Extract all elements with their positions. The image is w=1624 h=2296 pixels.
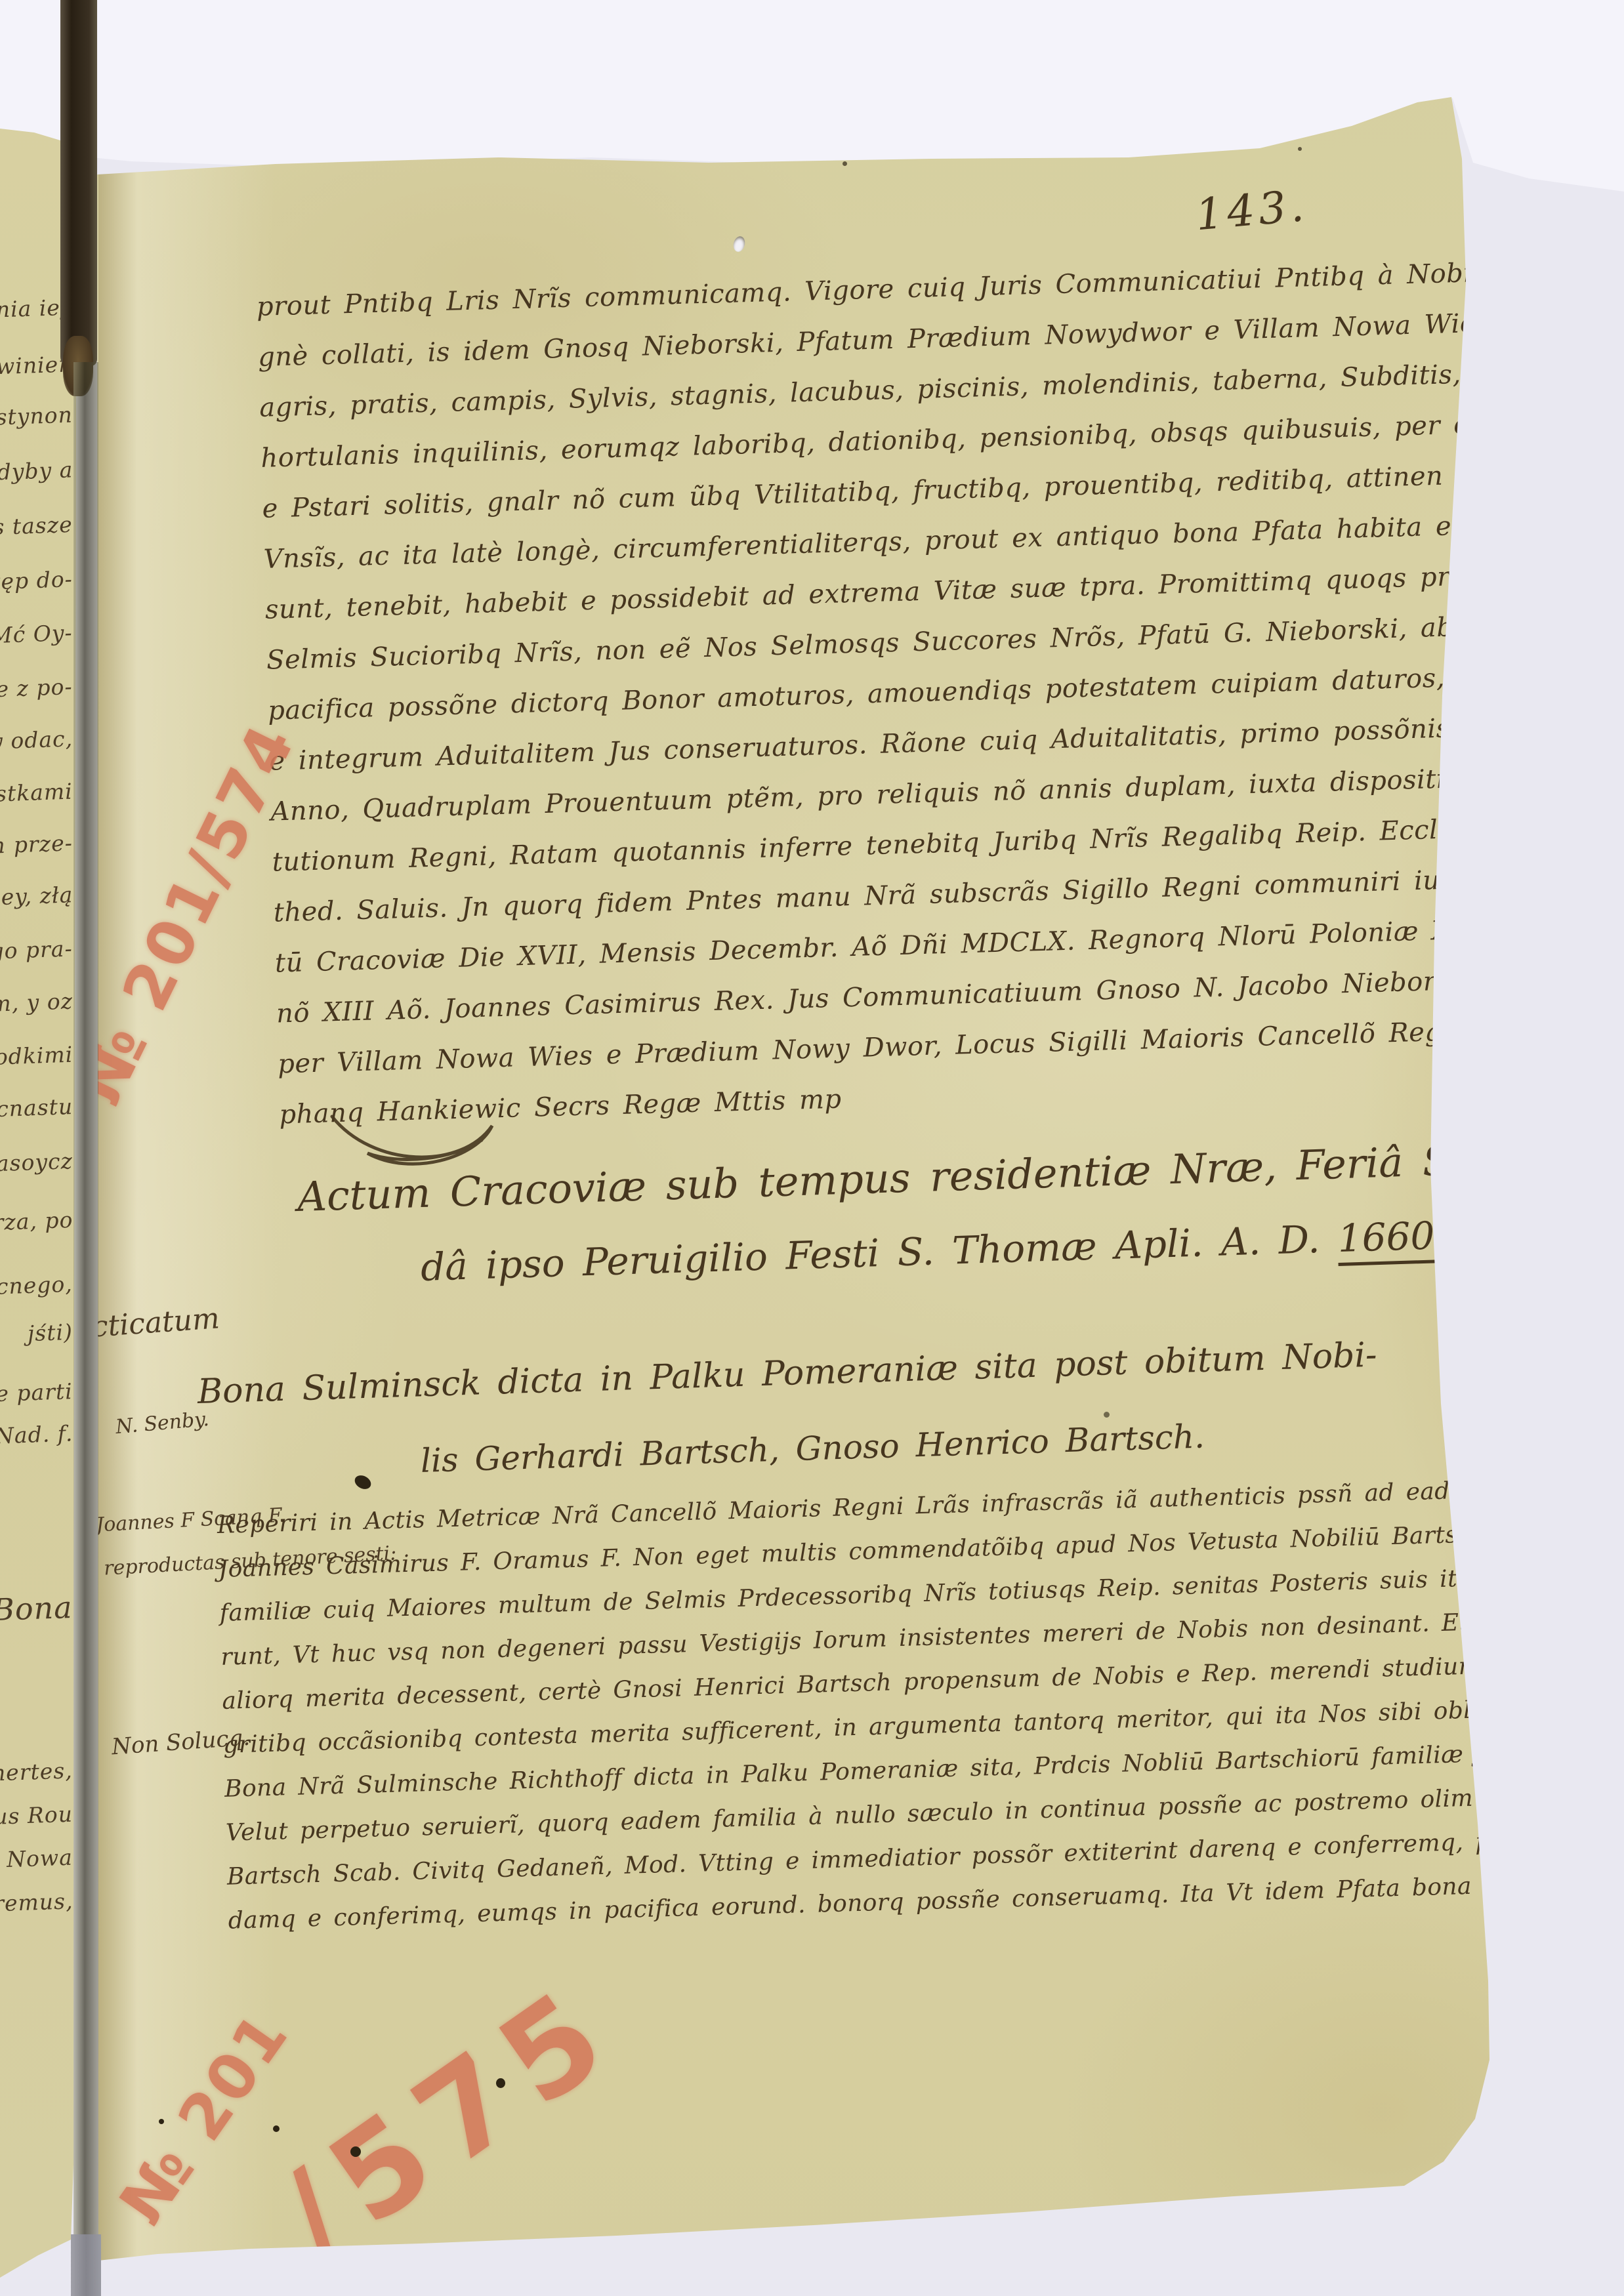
previous-page-line: dac, y odac,	[0, 726, 73, 756]
page-gutter-shading	[98, 157, 276, 2263]
paper-speck	[159, 2119, 164, 2124]
previous-page-line: rodkimi	[0, 1042, 73, 1071]
previous-page-line: ypas tasze	[0, 512, 73, 541]
paper-speck	[350, 2146, 361, 2157]
binding-bar-bottom	[71, 2234, 101, 2296]
previous-page-line: pozystkami	[0, 779, 73, 809]
previous-page-line: illam Nowa	[0, 1845, 73, 1875]
text-block-1: prout Pntibq Lris Nrĩs communicamq. Vigo…	[256, 250, 1434, 1141]
previous-page-line: ri, e parti	[0, 1378, 73, 1408]
heading-line-2: dâ ipso Peruigilio Festi S. Thomæ Apli. …	[420, 1213, 1447, 1290]
previous-page-line: nia, gdyby a	[0, 457, 73, 487]
heading-line-2-text: dâ ipso Peruigilio Festi S. Thomæ Apli. …	[420, 1216, 1339, 1290]
previous-page-line: Jus Rou	[0, 1801, 73, 1830]
previous-page-line: e Nad. f.	[0, 1420, 73, 1449]
text-block-2: Reperiri in Actis Metricæ Nrã Cancellõ M…	[217, 1470, 1436, 1943]
folio-number: 143.	[1194, 180, 1310, 241]
previous-page-line: wstęp do-	[0, 566, 73, 596]
manuscript-page: 143. prout Pntibq Lris Nrĩs communicamq.…	[0, 0, 1624, 2296]
previous-page-line: ywasoycz	[0, 1148, 73, 1178]
paper-speck	[496, 2078, 505, 2088]
previous-page-line: typiącey, złą	[0, 882, 73, 912]
binding-bar-top	[60, 0, 97, 366]
previous-page-line: sberza, po	[0, 1207, 73, 1237]
heading-year-underlined: 1660.	[1337, 1213, 1447, 1266]
subject-line-1: Bona Sulminsck dicta in Palku Pomeraniæ …	[197, 1336, 1377, 1412]
paper-speck	[273, 2125, 280, 2132]
worm-hole	[732, 235, 746, 253]
previous-page-line: isałem, y oz	[0, 988, 73, 1018]
previous-page-line: ich prze-	[0, 830, 73, 859]
paper-speck	[843, 161, 847, 166]
paper-speck	[1104, 1412, 1110, 1418]
signature-flourish	[327, 1107, 510, 1173]
manuscript-scan: oddania iey powinien y Mastynon nia, gdy…	[0, 0, 1624, 2296]
previous-page-line: anie z po-	[0, 674, 73, 703]
subject-line-2: lis Gerhardi Bartsch, Gnoso Henrico Bart…	[420, 1417, 1205, 1480]
previous-page-line: Piecnastu	[0, 1094, 73, 1123]
previous-page-line: Bona	[0, 1589, 73, 1628]
previous-page-line: JchMć Oy-	[0, 620, 73, 649]
previous-page-line: jśti)	[27, 1319, 73, 1346]
previous-page-line: ednego pra-	[0, 935, 73, 966]
binding-bar-middle	[73, 362, 98, 2238]
previous-page-line: unicaremus,	[0, 1888, 73, 1919]
ink-blot	[352, 1473, 373, 1492]
red-archival-mark-bottom-suffix: /575	[253, 1956, 642, 2289]
previous-page-line: scnego,	[0, 1271, 73, 1300]
previous-page-line: fanertes,	[0, 1757, 73, 1786]
paper-speck	[1298, 147, 1302, 151]
previous-page-line: y Mastynon	[0, 401, 73, 432]
